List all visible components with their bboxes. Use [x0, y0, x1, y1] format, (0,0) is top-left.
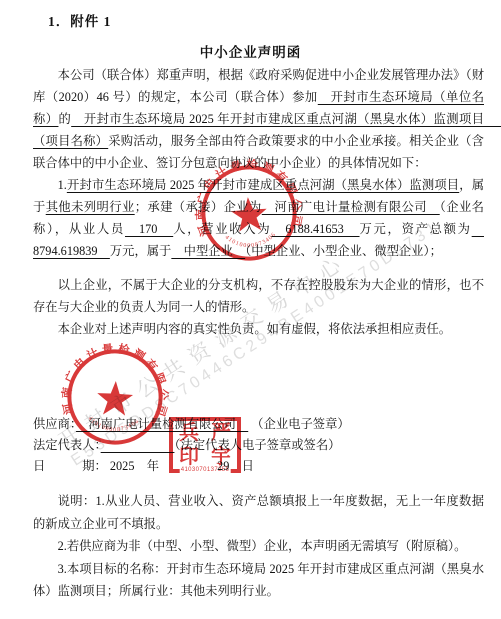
star-icon [96, 380, 134, 416]
text-segment: 其他未列明行业 [46, 200, 135, 214]
note-1: 说明：1.从业人员、营业收入、资产总额填报上一年度数据，无上一年度数据的新成立企… [33, 490, 484, 535]
notes-section: 说明：1.从业人员、营业收入、资产总额填报上一年度数据，无上一年度数据的新成立企… [33, 490, 484, 603]
text-segment: 万元，资产总额为 [360, 222, 472, 236]
text-segment: 开封市生态环境局 2025 年开封市建成区重点河湖（黑臭水体）监测项目 [67, 178, 459, 192]
declaration-body: 本公司（联合体）郑重声明，根据《政府采购促进中小企业发展管理办法》（财库（202… [33, 64, 484, 340]
supplier-note: （企业电子签章） [251, 417, 349, 431]
text-segment: 以上企业，不属于大企业的分支机构，不存在控股股东为大企业的情形，也不存在与大企业… [33, 278, 484, 314]
paragraph-responsibility: 本企业对上述声明内容的真实性负责。如有虚假，将依法承担相应责任。 [33, 318, 484, 340]
paragraph-no-affiliation: 以上企业，不属于大企业的分支机构，不存在控股股东为大企业的情形，也不存在与大企业… [33, 274, 484, 318]
attachment-heading: 1．附件 1 [48, 10, 111, 30]
legal-rep-label: 法定代表人： [33, 438, 101, 452]
text-segment: 的 [58, 112, 71, 126]
signature-block: 供应商： 河南广电计量检测有限公司 （企业电子签章） 法定代表人： （法定代表人… [33, 414, 488, 477]
legal-rep-line: 法定代表人： （法定代表人电子签章或签名） [33, 435, 488, 456]
legal-rep-note: （法定代表人电子签章或签名） [174, 438, 340, 452]
document-page: 开封市公共资源交易中心 E53D5DD8C70446C294BE4001E70D… [0, 0, 501, 619]
text-segment: 中型企业 [171, 244, 245, 258]
page-title: 中小企业声明函 [0, 41, 501, 61]
text-segment: 人，营业收入为 [173, 222, 271, 236]
text-segment: 本企业对上述声明内容的真实性负责。如有虚假，将依法承担相应责任。 [58, 322, 452, 336]
date-label: 日 期： [33, 459, 107, 473]
seal-ring-text: 河南广电计量检测有限公司 [58, 338, 173, 421]
legal-rep-blank [101, 438, 175, 452]
supplier-line: 供应商： 河南广电计量检测有限公司 （企业电子签章） [33, 414, 488, 435]
text-segment: ；承建（承接）企业为 [135, 200, 262, 214]
text-segment: 1. [58, 178, 67, 192]
supplier-label: 供应商： [33, 417, 76, 431]
date-line: 日 期： 2025 年29 日 [33, 456, 488, 477]
date-year: 2025 年 [110, 459, 159, 473]
note-3: 3.本项目标的名称：开封市生态环境局 2025 年开封市建成区重点河湖（黑臭水体… [33, 558, 484, 603]
paragraph-enterprise: 1.开封市生态环境局 2025 年开封市建成区重点河湖（黑臭水体）监测项目，属于… [33, 174, 484, 262]
text-segment: （中型企业、小型企业、微型企业）； [245, 244, 442, 258]
text-segment: 河南广电计量检测有限公司 [262, 200, 440, 214]
text-segment: 6188.41653 [271, 222, 359, 236]
supplier-value: 河南广电计量检测有限公司 [76, 417, 248, 431]
text-segment: 万元，属于 [110, 244, 172, 258]
text-segment: 170 [125, 222, 173, 236]
svg-text:河南广电计量检测有限公司: 河南广电计量检测有限公司 [58, 338, 173, 421]
paragraph-intro: 本公司（联合体）郑重声明，根据《政府采购促进中小企业发展管理办法》（财库（202… [33, 64, 484, 174]
date-day: 29 日 [217, 459, 254, 473]
note-2: 2.若供应商为非（中型、小型、微型）企业，本声明函无需填写（附原稿）。 [33, 535, 484, 558]
